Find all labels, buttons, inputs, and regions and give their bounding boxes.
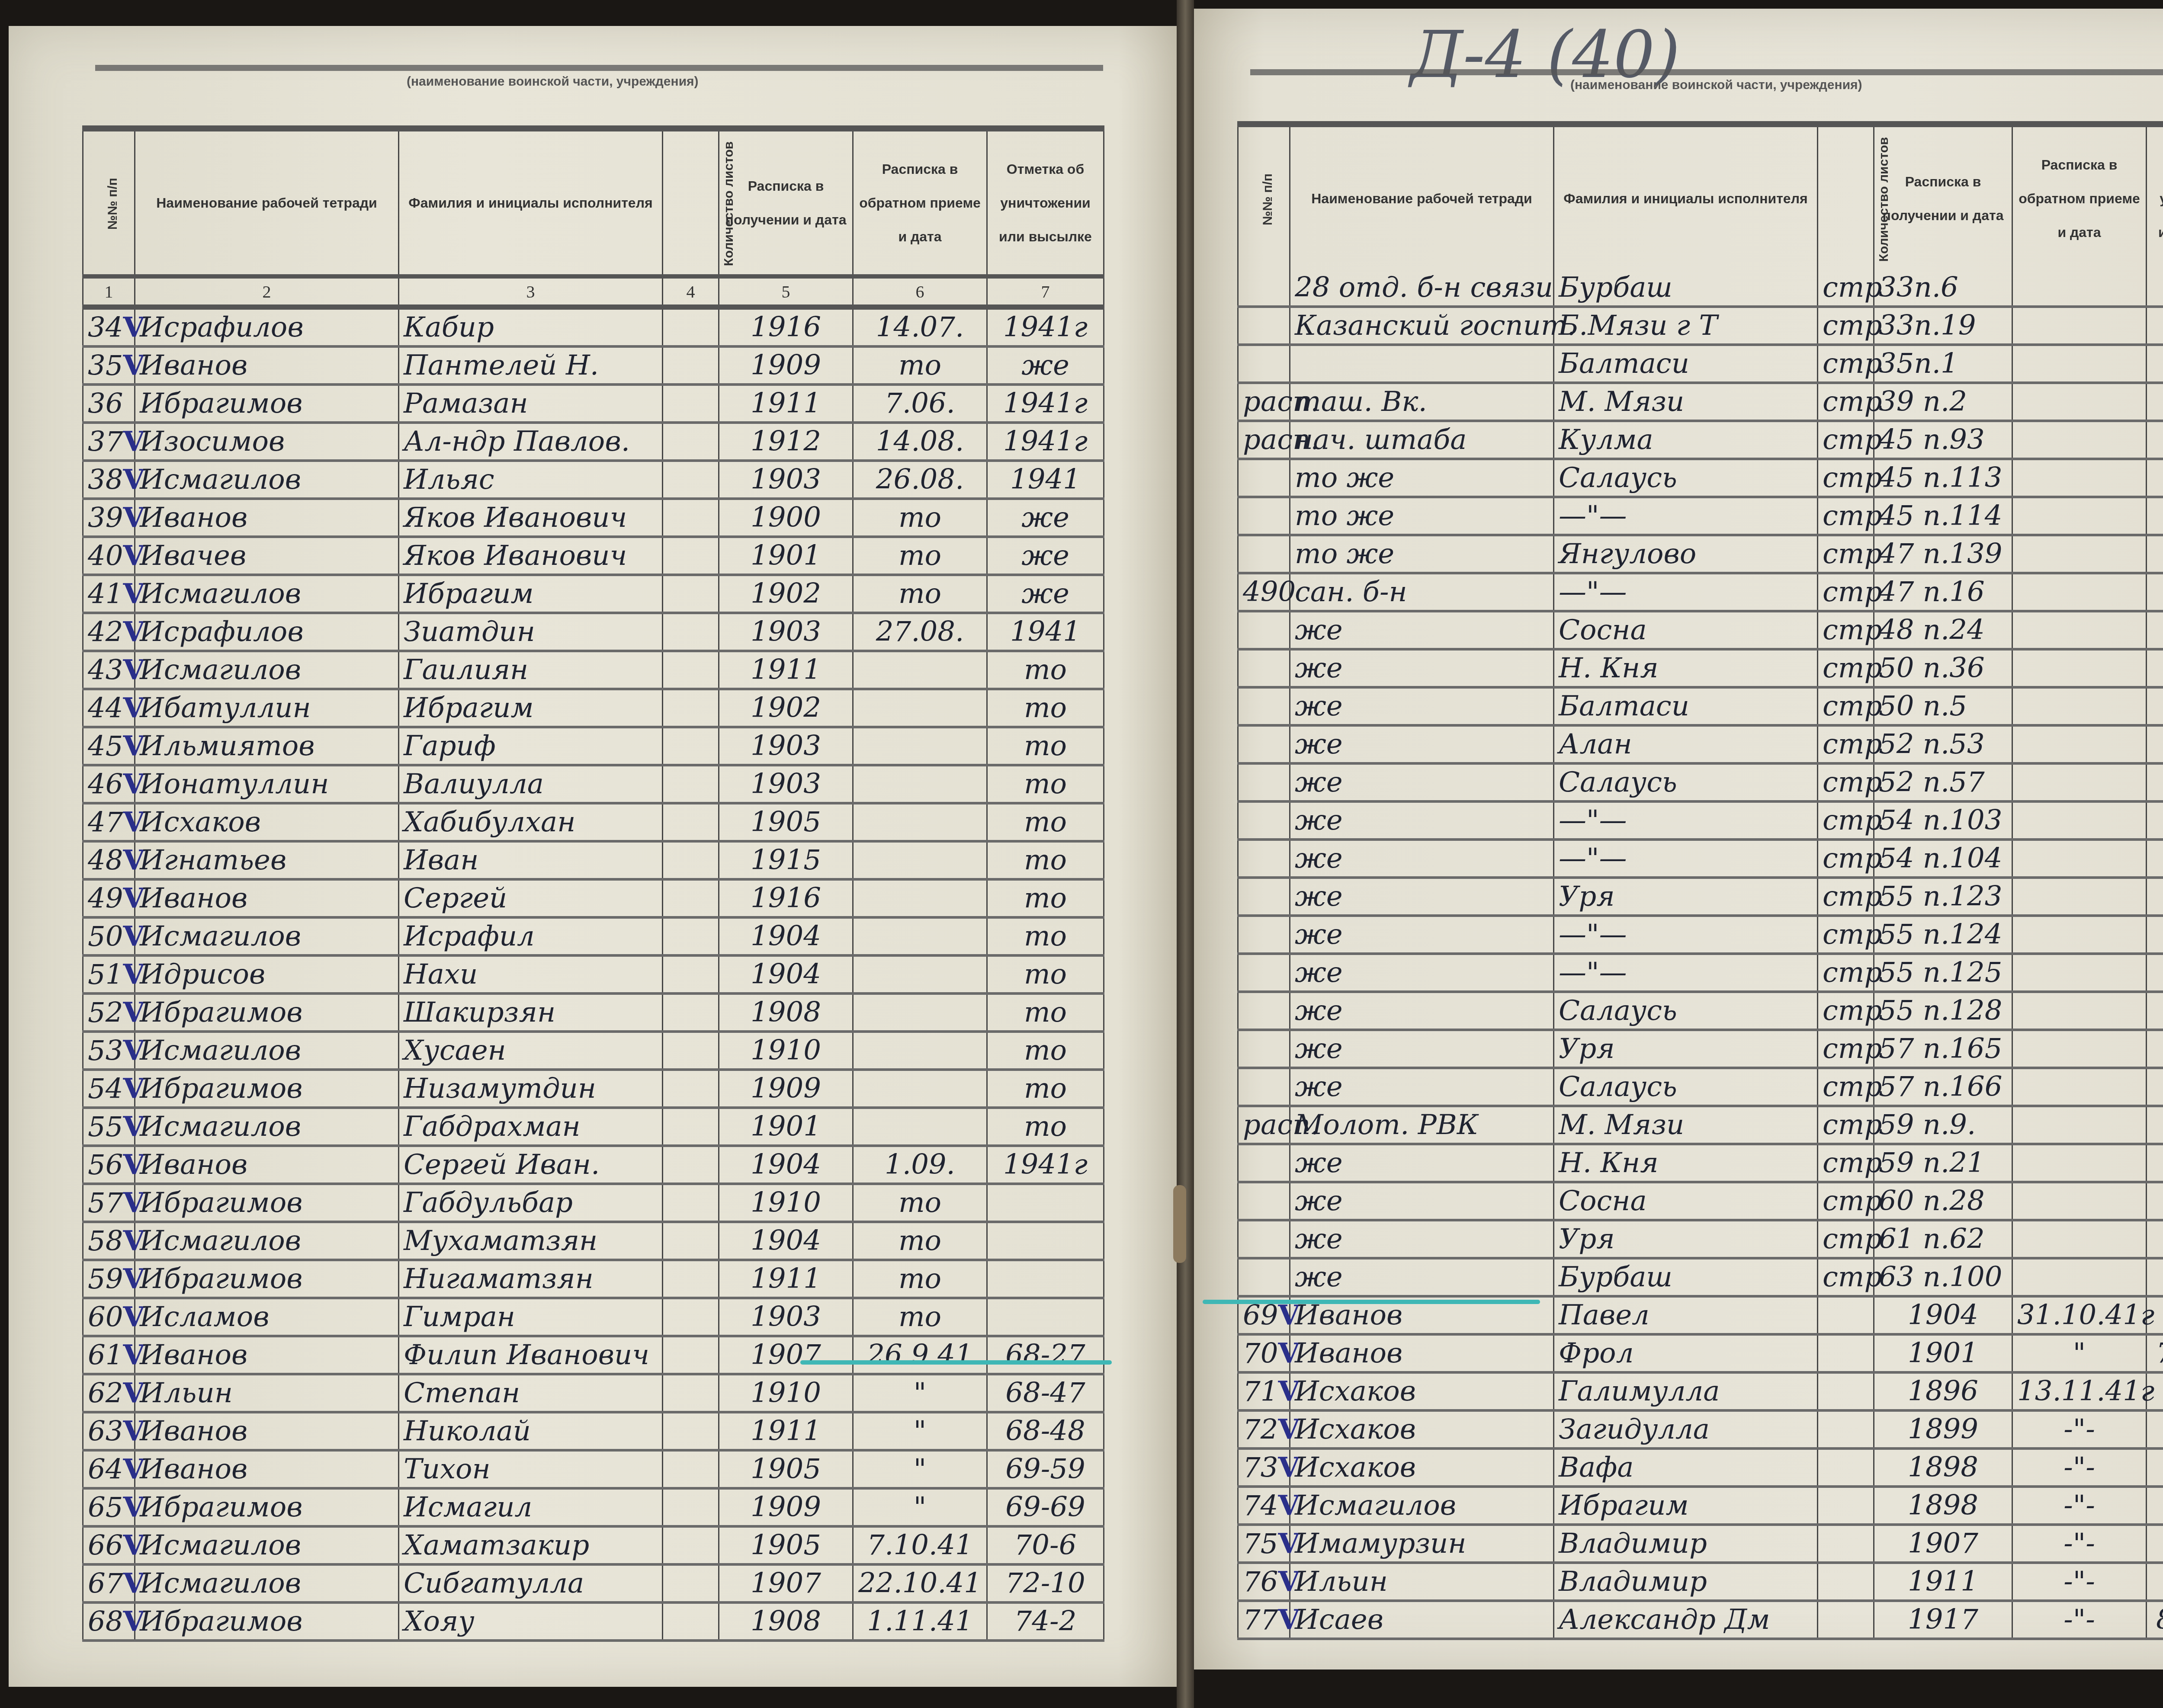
row-number: 45V (83, 727, 135, 765)
given-name-cell: Сергей (399, 879, 663, 917)
table-row: жеСоснастр60 п.28 (1238, 1182, 2163, 1220)
table-row: жеУрястр55 п.123 (1238, 878, 2163, 916)
table-row: 66VИсмагиловХаматзакир19057.10.4170-6 (83, 1526, 1104, 1564)
return-cell (2012, 270, 2147, 307)
given-name-cell: Зиатдин (399, 613, 663, 651)
surname-cell: Ильмиятов (135, 727, 399, 765)
table-row: Казанский госпит.Б.Мязи г Тстр33п.19 (1238, 307, 2163, 345)
executor-cell: М. Мязи (1554, 383, 1818, 421)
destroy-mark-cell: 78-111 (2147, 1334, 2163, 1372)
row-number (1238, 725, 1290, 763)
sheets-cell (663, 385, 719, 423)
return-cell (2012, 421, 2147, 459)
sheets-cell: стр (1818, 421, 1874, 459)
row-number: 58V (83, 1222, 135, 1260)
sheets-cell (1818, 1601, 1874, 1639)
sheets-cell: стр (1818, 1030, 1874, 1068)
receipt-date-cell (853, 841, 987, 879)
row-number: 36 (83, 385, 135, 423)
receipt-date-cell: то (853, 1222, 987, 1260)
surname-cell: Исмагилов (135, 461, 399, 499)
surname-cell: Ибрагимов (135, 1184, 399, 1222)
receipt-cell: 45 п.114 (1874, 497, 2012, 535)
destroy-mark-cell (2147, 611, 2163, 649)
receipt-date-cell: 13.11.41г (2012, 1372, 2147, 1410)
sheets-cell: стр (1818, 840, 1874, 878)
return-cell (2012, 497, 2147, 535)
receipt-date-cell: 1.09. (853, 1146, 987, 1184)
col-header-receipt: Расписка в получении и дата (1874, 124, 2012, 270)
row-number (1238, 992, 1290, 1030)
destroy-mark-cell (2147, 1030, 2163, 1068)
surname-cell: Исмагилов (135, 1222, 399, 1260)
destroy-mark-cell: то (987, 955, 1104, 993)
notebook-cell: нач. штаба (1290, 421, 1554, 459)
executor-cell: Уря (1554, 1030, 1818, 1068)
table-row: жеСоснастр48 п.24 (1238, 611, 2163, 649)
given-name-cell: Мухаматзян (399, 1222, 663, 1260)
sheets-cell: стр (1818, 1068, 1874, 1106)
destroy-mark-cell: то (987, 727, 1104, 765)
row-number: расп. (1238, 421, 1290, 459)
row-number: 47V (83, 803, 135, 841)
return-cell (2012, 878, 2147, 916)
receipt-cell: 52 п.53 (1874, 725, 2012, 763)
table-row: то жеСалаусьстр45 п.113 (1238, 459, 2163, 497)
sheets-cell: стр (1818, 1258, 1874, 1296)
destroy-mark-cell (987, 1260, 1104, 1298)
sheets-cell: стр (1818, 649, 1874, 687)
row-number: 60V (83, 1298, 135, 1336)
return-cell (2012, 801, 2147, 840)
destroy-mark-cell: 69-69 (987, 1488, 1104, 1526)
year-cell: 1905 (719, 1526, 853, 1564)
destroy-mark-cell: 78-23 (2147, 1410, 2163, 1448)
col-num: 7 (987, 276, 1104, 307)
sheets-cell (1818, 1372, 1874, 1410)
executor-cell: —"— (1554, 497, 1818, 535)
table-row: 54VИбрагимовНизамутдин1909то (83, 1070, 1104, 1108)
col-header-destroy: Отметка об уничтожении или высылке (2147, 124, 2163, 270)
row-index: 75 (1243, 1528, 1278, 1560)
notebook-cell: же (1290, 801, 1554, 840)
surname-cell: Исмагилов (135, 1032, 399, 1070)
row-index: 56 (88, 1149, 123, 1181)
highlighter-mark (800, 1360, 1112, 1365)
receipt-date-cell: 1.11.41 (853, 1602, 987, 1641)
year-cell: 1911 (719, 1260, 853, 1298)
receipt-date-cell: " (853, 1488, 987, 1526)
notebook-cell: же (1290, 611, 1554, 649)
row-index: 50 (88, 921, 123, 953)
row-number (1238, 307, 1290, 345)
destroy-mark-cell: 69-59 (987, 1450, 1104, 1488)
row-index: 37 (88, 426, 123, 458)
year-cell: 1902 (719, 689, 853, 727)
row-number (1238, 687, 1290, 725)
receipt-date-cell (853, 1070, 987, 1108)
table-row: 51VИдрисовНахи1904то (83, 955, 1104, 993)
executor-cell: Уря (1554, 1220, 1818, 1258)
notebook-cell: же (1290, 916, 1554, 954)
table-row: жеН. Княстр59 п.21 (1238, 1144, 2163, 1182)
col-header-number: №№ п/п (83, 128, 135, 276)
row-index: 54 (88, 1073, 123, 1105)
table-row: 48VИгнатьевИван1915то (83, 841, 1104, 879)
receipt-cell: 45 п.93 (1874, 421, 2012, 459)
row-number (1238, 1220, 1290, 1258)
destroy-mark-cell: то (987, 1032, 1104, 1070)
col-header-notebook: Наименование рабочей тетради (1290, 124, 1554, 270)
year-cell: 1908 (719, 1602, 853, 1641)
sheets-cell: стр (1818, 497, 1874, 535)
receipt-date-cell: то (853, 537, 987, 575)
year-cell: 1911 (719, 385, 853, 423)
surname-cell: Имамурзин (1290, 1525, 1554, 1563)
sheets-cell: стр (1818, 270, 1874, 307)
receipt-cell: 50 п.5 (1874, 687, 2012, 725)
row-number: 73V (1238, 1448, 1290, 1487)
notebook-cell: Казанский госпит. (1290, 307, 1554, 345)
sheets-cell (663, 1146, 719, 1184)
surname-cell: Иванов (1290, 1334, 1554, 1372)
surname-cell: Игнатьев (135, 841, 399, 879)
row-index: 42 (88, 616, 123, 648)
row-number: 64V (83, 1450, 135, 1488)
destroy-mark-cell (2147, 725, 2163, 763)
return-cell (2012, 459, 2147, 497)
row-index: 59 (88, 1263, 123, 1295)
given-name-cell: Гариф (399, 727, 663, 765)
row-index: 77 (1243, 1604, 1278, 1636)
return-cell (2012, 307, 2147, 345)
surname-cell: Ибрагимов (135, 1602, 399, 1641)
surname-cell: Ибрагимов (135, 1260, 399, 1298)
given-name-cell: Габдульбар (399, 1184, 663, 1222)
table-row: жеСалаусьстр55 п.128 (1238, 992, 2163, 1030)
sheets-cell: стр (1818, 307, 1874, 345)
destroy-mark-cell (2147, 459, 2163, 497)
row-number (1238, 1144, 1290, 1182)
return-cell (2012, 687, 2147, 725)
given-name-cell: Фрол (1554, 1334, 1818, 1372)
sheets-cell (663, 1222, 719, 1260)
surname-cell: Исламов (135, 1298, 399, 1336)
row-index: 71 (1243, 1376, 1278, 1408)
destroy-mark-cell: 72-10 (987, 1564, 1104, 1602)
table-row: расп.Молот. РВКМ. Мязистр59 п.9. (1238, 1106, 2163, 1144)
row-number: 75V (1238, 1525, 1290, 1563)
receipt-cell: 57 п.166 (1874, 1068, 2012, 1106)
notebook-cell: 28 отд. б-н связи (1290, 270, 1554, 307)
year-cell: 1903 (719, 727, 853, 765)
destroy-mark-cell: 82-123 (2147, 1601, 2163, 1639)
sheets-cell (663, 879, 719, 917)
sheets-cell: стр (1818, 1220, 1874, 1258)
notebook-cell: то же (1290, 535, 1554, 573)
year-cell: 1896 (1874, 1372, 2012, 1410)
row-number: расп. (1238, 383, 1290, 421)
year-cell: 1908 (719, 993, 853, 1032)
destroy-mark-cell (2147, 992, 2163, 1030)
surname-cell: Ибрагимов (135, 385, 399, 423)
given-name-cell: Шакирзян (399, 993, 663, 1032)
table-row: 28 отд. б-н связиБурбашстр33п.6 (1238, 270, 2163, 307)
return-cell (2012, 1106, 2147, 1144)
destroy-mark-cell: 1941 (987, 461, 1104, 499)
destroy-mark-cell: 81-95 (2147, 1525, 2163, 1563)
row-index: 68 (88, 1606, 123, 1638)
receipt-date-cell (853, 993, 987, 1032)
receipt-date-cell: то (853, 575, 987, 613)
destroy-mark-cell (987, 1298, 1104, 1336)
sheets-cell (663, 461, 719, 499)
executor-cell: Н. Кня (1554, 1144, 1818, 1182)
receipt-date-cell: то (853, 1260, 987, 1298)
executor-cell: Салаусь (1554, 1068, 1818, 1106)
given-name-cell: Владимир (1554, 1525, 1818, 1563)
executor-cell: Балтаси (1554, 687, 1818, 725)
receipt-date-cell (853, 1032, 987, 1070)
receipt-date-cell: -"- (2012, 1487, 2147, 1525)
row-index: 65 (88, 1492, 123, 1524)
year-cell: 1898 (1874, 1487, 2012, 1525)
table-row: 77VИсаевАлександр Дм1917-"-82-123 (1238, 1601, 2163, 1639)
executor-cell: Сосна (1554, 611, 1818, 649)
year-cell: 1912 (719, 423, 853, 461)
row-number (1238, 459, 1290, 497)
receipt-cell: 63 п.100 (1874, 1258, 2012, 1296)
given-name-cell: Филип Иванович (399, 1336, 663, 1374)
surname-cell: Иванов (135, 1336, 399, 1374)
year-cell: 1907 (719, 1336, 853, 1374)
executor-cell: Бурбаш (1554, 1258, 1818, 1296)
destroy-mark-cell: то (987, 879, 1104, 917)
row-index: 41 (88, 578, 123, 610)
left-page: (наименование воинской части, учреждения… (9, 26, 1177, 1687)
notebook-cell: же (1290, 1030, 1554, 1068)
sheets-cell (663, 307, 719, 346)
highlighter-mark (1203, 1300, 1540, 1304)
given-name-cell: Рамазан (399, 385, 663, 423)
receipt-date-cell (853, 955, 987, 993)
row-number: 77V (1238, 1601, 1290, 1639)
given-name-cell: Гимран (399, 1298, 663, 1336)
receipt-date-cell: " (853, 1450, 987, 1488)
row-index: 58 (88, 1225, 123, 1257)
row-number (1238, 763, 1290, 801)
row-number: 39V (83, 499, 135, 537)
year-cell: 1904 (719, 955, 853, 993)
sheets-cell (663, 1070, 719, 1108)
sheets-cell (663, 1336, 719, 1374)
row-index: 40 (88, 540, 123, 572)
receipt-cell: 61 п.62 (1874, 1220, 2012, 1258)
table-row: же—"—стр54 п.103 (1238, 801, 2163, 840)
table-row: 68VИбрагимовХояу19081.11.4174-2 (83, 1602, 1104, 1641)
return-cell (2012, 992, 2147, 1030)
destroy-mark-cell: же (987, 537, 1104, 575)
executor-cell: Балтаси (1554, 345, 1818, 383)
table-row: 43VИсмагиловГаилиян1911то (83, 651, 1104, 689)
given-name-cell: Кабир (399, 307, 663, 346)
table-row: 50VИсмагиловИсрафил1904то (83, 917, 1104, 955)
given-name-cell: Хабибулхан (399, 803, 663, 841)
row-number (1238, 1182, 1290, 1220)
destroy-mark-cell: то (987, 841, 1104, 879)
col-header-sheets: Количество листов (663, 128, 719, 276)
receipt-date-cell: 26.08. (853, 461, 987, 499)
row-number: 53V (83, 1032, 135, 1070)
receipt-cell: 39 п.2 (1874, 383, 2012, 421)
given-name-cell: Исмагил (399, 1488, 663, 1526)
table-row: 76VИльинВладимир1911-"-81-97 (1238, 1563, 2163, 1601)
receipt-date-cell: 7.06. (853, 385, 987, 423)
surname-cell: Исмагилов (135, 917, 399, 955)
row-index: 49 (88, 883, 123, 915)
year-cell: 1904 (1874, 1296, 2012, 1334)
table-row: 70VИвановФрол1901"78-111 (1238, 1334, 2163, 1372)
header-row: №№ п/п Наименование рабочей тетради Фами… (1238, 124, 2163, 270)
sheets-cell (663, 423, 719, 461)
executor-cell: Салаусь (1554, 459, 1818, 497)
year-cell: 1917 (1874, 1601, 2012, 1639)
receipt-cell: 55 п.125 (1874, 954, 2012, 992)
year-cell: 1904 (719, 1146, 853, 1184)
row-index: 35 (88, 350, 123, 382)
col-header-return: Расписка в обратном приеме и дата (2012, 124, 2147, 270)
sheets-cell (663, 1260, 719, 1298)
row-number: 34V (83, 307, 135, 346)
table-row: 57VИбрагимовГабдульбар1910то (83, 1184, 1104, 1222)
table-row: 71VИсхаковГалимулла189613.11.41г78-5 (1238, 1372, 2163, 1410)
receipt-date-cell: 27.08. (853, 613, 987, 651)
row-index: 47 (88, 807, 123, 839)
receipt-cell: 48 п.24 (1874, 611, 2012, 649)
table-row: 49VИвановСергей1916то (83, 879, 1104, 917)
receipt-cell: 50 п.36 (1874, 649, 2012, 687)
surname-cell: Ионатуллин (135, 765, 399, 803)
row-number (1238, 270, 1290, 307)
col-num: 4 (663, 276, 719, 307)
unit-line (1250, 69, 2163, 75)
sheets-cell: стр (1818, 1144, 1874, 1182)
return-cell (2012, 345, 2147, 383)
sheets-cell (663, 955, 719, 993)
table-row: 61VИвановФилип Иванович190726.9.4168-27 (83, 1336, 1104, 1374)
row-number (1238, 611, 1290, 649)
destroy-mark-cell: же (987, 575, 1104, 613)
receipt-date-cell (853, 1108, 987, 1146)
sheets-cell (663, 1564, 719, 1602)
row-number: 68V (83, 1602, 135, 1641)
row-number: 35V (83, 346, 135, 385)
destroy-mark-cell (2147, 763, 2163, 801)
row-index: 66 (88, 1530, 123, 1562)
table-row: 53VИсмагиловХусаен1910то (83, 1032, 1104, 1070)
row-number: расп. (1238, 1106, 1290, 1144)
executor-cell: Алан (1554, 725, 1818, 763)
return-cell (2012, 840, 2147, 878)
sheets-cell: стр (1818, 345, 1874, 383)
destroy-mark-cell: же (987, 499, 1104, 537)
row-index: 51 (88, 959, 123, 991)
destroy-mark-cell: 81-97 (2147, 1563, 2163, 1601)
given-name-cell: Хусаен (399, 1032, 663, 1070)
notebook-cell: же (1290, 649, 1554, 687)
year-cell: 1916 (719, 879, 853, 917)
notebook-cell: же (1290, 840, 1554, 878)
row-number: 38V (83, 461, 135, 499)
header-row: №№ п/п Наименование рабочей тетради Фами… (83, 128, 1104, 276)
return-cell (2012, 1220, 2147, 1258)
receipt-cell: 55 п.128 (1874, 992, 2012, 1030)
table-row: 56VИвановСергей Иван.19041.09.1941г (83, 1146, 1104, 1184)
year-cell: 1916 (719, 307, 853, 346)
receipt-cell: 52 п.57 (1874, 763, 2012, 801)
sheets-cell: стр (1818, 1106, 1874, 1144)
year-cell: 1915 (719, 841, 853, 879)
row-index: 36 (88, 388, 123, 420)
table-row: 65VИбрагимовИсмагил1909"69-69 (83, 1488, 1104, 1526)
sheets-cell (663, 1488, 719, 1526)
row-number (1238, 497, 1290, 535)
notebook-cell: же (1290, 1220, 1554, 1258)
receipt-date-cell (853, 727, 987, 765)
destroy-mark-cell (2147, 649, 2163, 687)
row-number: 76V (1238, 1563, 1290, 1601)
row-number: 40V (83, 537, 135, 575)
notebook-cell: же (1290, 687, 1554, 725)
row-number: 43V (83, 651, 135, 689)
row-index: 76 (1243, 1566, 1278, 1598)
year-cell: 1911 (719, 651, 853, 689)
table-row: 74VИсмагиловИбрагим1898-"-79-51 (1238, 1487, 2163, 1525)
row-index: 67 (88, 1568, 123, 1600)
sheets-cell (663, 689, 719, 727)
sheets-cell (663, 765, 719, 803)
unit-caption: (наименование воинской части, учреждения… (1570, 78, 1862, 93)
executor-cell: Н. Кня (1554, 649, 1818, 687)
destroy-mark-cell (2147, 878, 2163, 916)
destroy-mark-cell (2147, 270, 2163, 307)
row-number (1238, 916, 1290, 954)
row-index: 53 (88, 1035, 123, 1067)
destroy-mark-cell (2147, 687, 2163, 725)
row-number: 66V (83, 1526, 135, 1564)
sheets-cell (663, 1184, 719, 1222)
row-number: 70V (1238, 1334, 1290, 1372)
destroy-mark-cell: 1941г (987, 1146, 1104, 1184)
register-table-left: №№ п/п Наименование рабочей тетради Фами… (82, 125, 1104, 1642)
receipt-cell: 47 п.139 (1874, 535, 2012, 573)
receipt-cell: 55 п.124 (1874, 916, 2012, 954)
receipt-date-cell: -"- (2012, 1601, 2147, 1639)
row-index: 60 (88, 1301, 123, 1333)
receipt-date-cell: -"- (2012, 1563, 2147, 1601)
row-number (1238, 535, 1290, 573)
receipt-cell: 33п.19 (1874, 307, 2012, 345)
sheets-cell: стр (1818, 801, 1874, 840)
return-cell (2012, 916, 2147, 954)
table-row: то же—"—стр45 п.114 (1238, 497, 2163, 535)
receipt-date-cell (853, 803, 987, 841)
row-number: 63V (83, 1412, 135, 1450)
row-number: 74V (1238, 1487, 1290, 1525)
row-number (1238, 840, 1290, 878)
notebook-cell: же (1290, 1144, 1554, 1182)
destroy-mark-cell (2147, 1068, 2163, 1106)
